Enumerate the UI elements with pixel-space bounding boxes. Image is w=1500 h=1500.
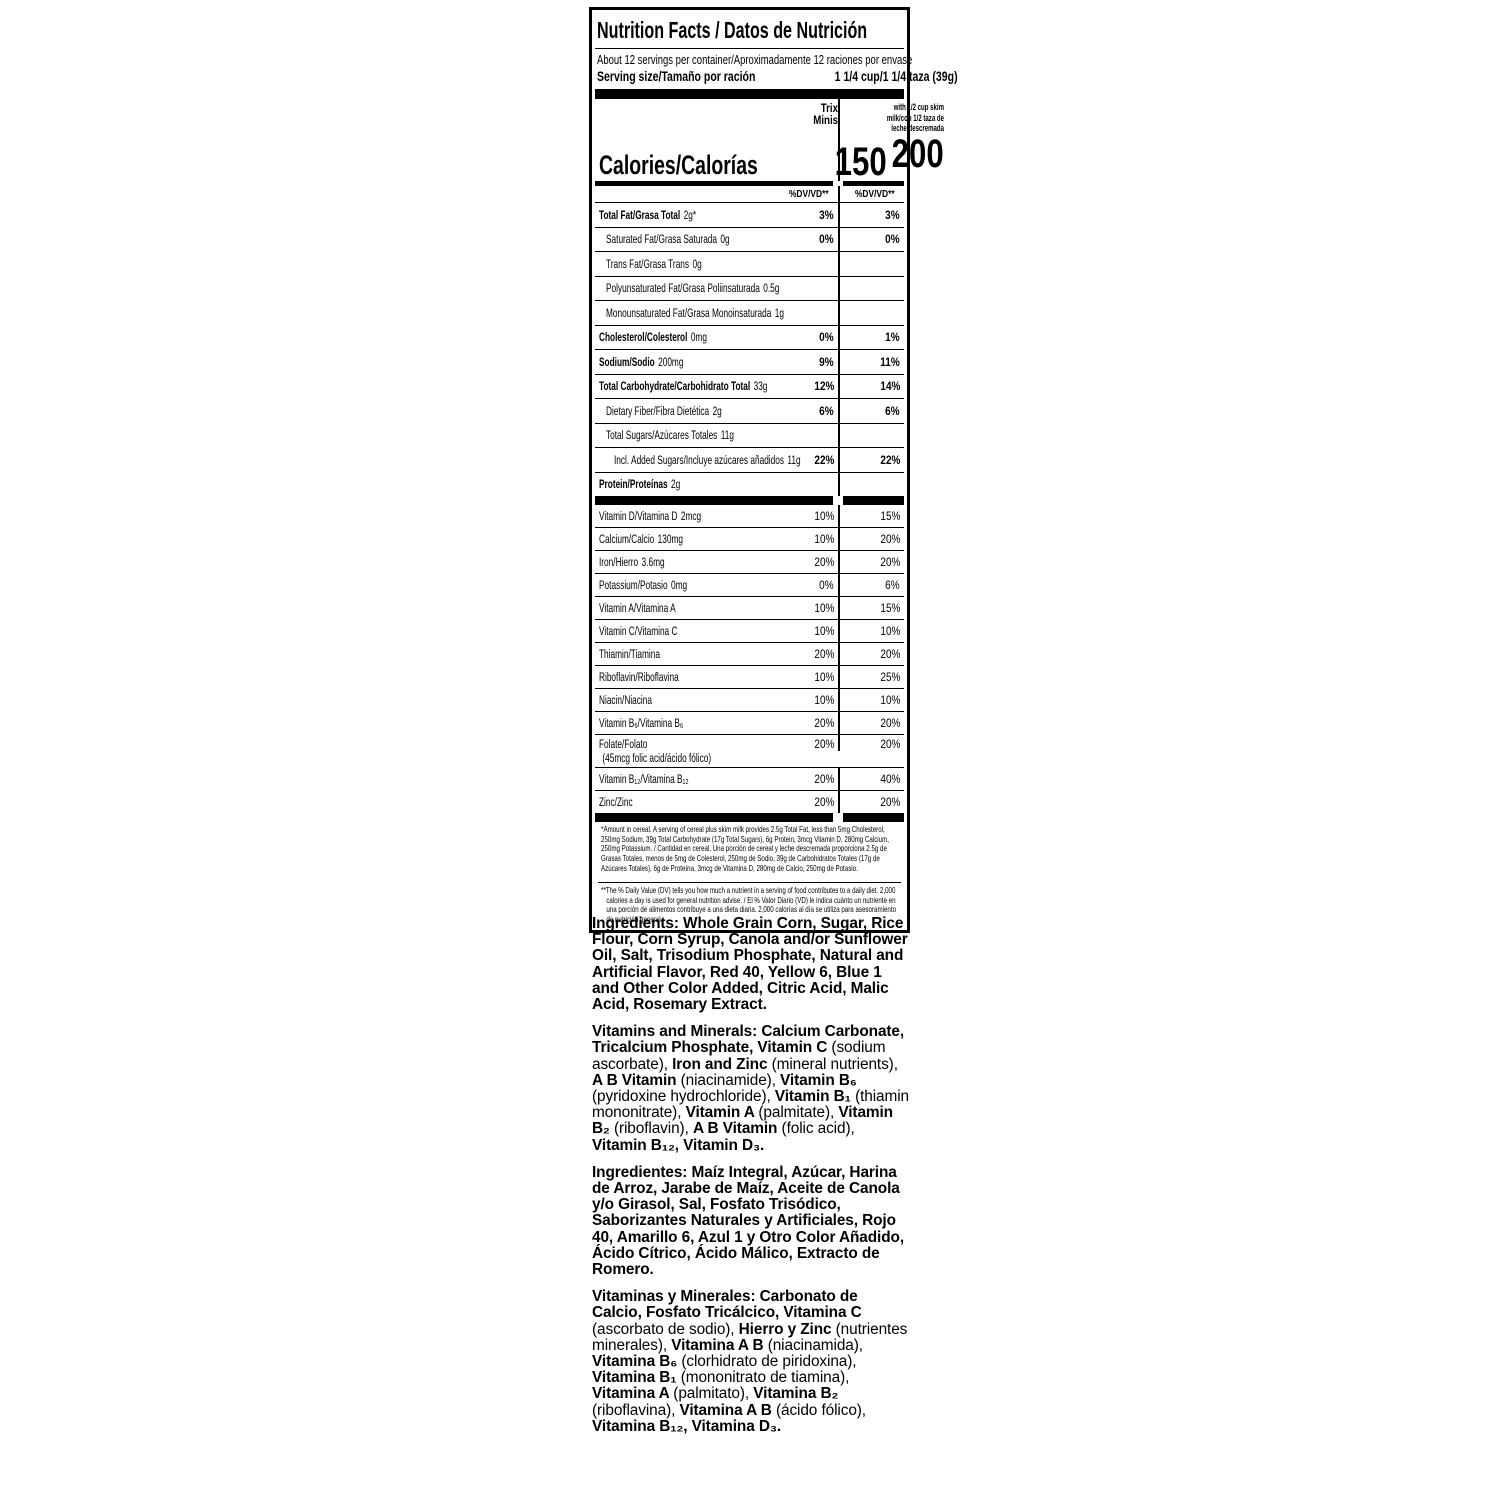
row-label: Trans Fat/Grasa Trans <box>606 257 689 271</box>
vitamin-row: Thiamin/Tiamina20%20% <box>595 642 904 665</box>
row-amount: 1g <box>775 306 784 320</box>
row-label: Potassium/Potasio <box>599 578 668 592</box>
row-amount: 11g <box>787 453 800 467</box>
milk-percent: 25% <box>880 670 900 684</box>
dv-header-cereal: %DV/VD** <box>789 188 829 200</box>
milk-percent: 22% <box>880 453 900 467</box>
row-label: Vitamin B₆/Vitamina B₆ <box>599 716 683 730</box>
serving-size-row: Serving size/Tamaño por ración 1 1/4 cup… <box>595 67 904 89</box>
page: Nutrition Facts / Datos de Nutrición Abo… <box>0 0 1500 1500</box>
paragraph-regular-segment: (mineral nutrients), <box>772 1056 898 1073</box>
milk-percent: 20% <box>880 647 900 661</box>
row-label: Niacin/Niacina <box>599 693 652 707</box>
row-amount: 0mg <box>691 330 707 344</box>
paragraph-bold-segment: Hierro y Zinc <box>739 1321 836 1338</box>
paragraph-bold-segment: Vitamina A B <box>671 1337 767 1354</box>
row-label: Saturated Fat/Grasa Saturada <box>606 232 717 246</box>
divider-bar-thick <box>595 89 904 99</box>
paragraph-bold-segment: Vitamina A B <box>679 1402 775 1419</box>
row-amount: 0mg <box>671 578 687 592</box>
ingredients-en: Ingredients: Whole Grain Corn, Sugar, Ri… <box>592 916 911 1013</box>
cereal-percent: 10% <box>814 693 834 707</box>
row-label: Riboflavin/Riboflavina <box>599 670 679 684</box>
row-label: Vitamin B₁₂/Vitamina B₁₂ <box>599 772 689 786</box>
paragraph-bold-segment: Iron and Zinc <box>672 1056 772 1073</box>
nutrient-row: Saturated Fat/Grasa Saturada0g0%0% <box>595 227 904 252</box>
cereal-percent: 10% <box>814 624 834 638</box>
milk-percent: 20% <box>880 532 900 546</box>
nutrient-row: Incl. Added Sugars/Incluye azúcares añad… <box>595 447 904 472</box>
cereal-percent: 20% <box>814 716 834 730</box>
nutrient-row: Polyunsaturated Fat/Grasa Poliinsaturada… <box>595 276 904 301</box>
paragraph-bold-segment: A B Vitamin <box>693 1120 782 1137</box>
nutrition-facts-label: Nutrition Facts / Datos de Nutrición Abo… <box>589 7 910 933</box>
dv-header-milk: %DV/VD** <box>855 188 895 200</box>
cereal-percent: 3% <box>820 208 834 222</box>
vitamin-row: Potassium/Potasio0mg0%6% <box>595 573 904 596</box>
row-amount: 2g <box>713 404 722 418</box>
row-label: Dietary Fiber/Fibra Dietética <box>606 404 709 418</box>
row-amount: 0g <box>692 257 701 271</box>
ingredientes-es: Ingredientes: Maíz Integral, Azúcar, Har… <box>592 1165 911 1278</box>
milk-percent: 14% <box>880 379 900 393</box>
calories-label: Calories/Calorías <box>599 150 758 181</box>
row-amount: 0g <box>720 232 729 246</box>
row-amount: 3.6mg <box>642 555 665 569</box>
paragraph-bold-segment: Ingredients: Whole Grain Corn, Sugar, Ri… <box>592 915 908 1013</box>
row-label: Sodium/Sodio <box>599 355 655 369</box>
row-label: Polyunsaturated Fat/Grasa Poliinsaturada <box>606 281 760 295</box>
row-label: Thiamin/Tiamina <box>599 647 660 661</box>
cereal-percent: 6% <box>820 404 834 418</box>
cereal-percent: 20% <box>814 795 834 809</box>
vitamin-row: Vitamin D/Vitamina D2mcg10%15% <box>595 505 904 527</box>
paragraph-regular-segment: (ascorbato de sodio), <box>592 1321 739 1338</box>
vitamin-row: Riboflavin/Riboflavina10%25% <box>595 665 904 688</box>
cereal-percent: 10% <box>814 532 834 546</box>
vitamin-row: Iron/Hierro3.6mg20%20% <box>595 550 904 573</box>
paragraph-regular-segment: (folic acid), <box>782 1120 855 1137</box>
vitamins-minerals-en: Vitamins and Minerals: Calcium Carbonate… <box>592 1024 911 1154</box>
row-amount: 33g <box>754 379 768 393</box>
cereal-percent: 10% <box>814 509 834 523</box>
milk-percent: 20% <box>880 795 900 809</box>
row-label: Vitamin A/Vitamina A <box>599 601 676 615</box>
nutrient-row: Trans Fat/Grasa Trans0g <box>595 251 904 276</box>
cereal-percent: 0% <box>820 578 834 592</box>
nutrient-row: Monounsaturated Fat/Grasa Monoinsaturada… <box>595 300 904 325</box>
cereal-percent: 12% <box>814 379 834 393</box>
cereal-percent: 20% <box>814 772 834 786</box>
row-label: Cholesterol/Colesterol <box>599 330 687 344</box>
row-label: Calcium/Calcio <box>599 532 654 546</box>
milk-percent: 20% <box>880 737 900 751</box>
milk-percent: 20% <box>880 555 900 569</box>
milk-percent: 6% <box>886 578 900 592</box>
paragraph-regular-segment: (clorhidrato de piridoxina), <box>681 1353 856 1370</box>
nutrient-rows: Total Fat/Grasa Total2g*3%3%Saturated Fa… <box>595 202 904 496</box>
calories-section: Trix Minis Calories/Calorías 150 with 1/… <box>595 99 904 181</box>
nutrient-row: Cholesterol/Colesterol0mg0%1% <box>595 325 904 350</box>
label-title: Nutrition Facts / Datos de Nutrición <box>595 10 904 49</box>
cereal-percent: 22% <box>814 453 834 467</box>
paragraph-bold-segment: Vitaminas y Minerales: Carbonato de Calc… <box>592 1288 862 1321</box>
row-sublabel: (45mcg folic acid/ácido fólico) <box>602 751 711 765</box>
serving-size-value: 1 1/4 cup/1 1/4 taza (39g) <box>835 69 958 84</box>
paragraph-bold-segment: Vitamina A <box>592 1385 673 1402</box>
row-label: Total Fat/Grasa Total <box>599 208 680 222</box>
row-label: Vitamin C/Vitamina C <box>599 624 677 638</box>
nutrient-row: Total Carbohydrate/Carbohidrato Total33g… <box>595 374 904 399</box>
cereal-percent: 10% <box>814 601 834 615</box>
milk-percent: 10% <box>880 624 900 638</box>
cereal-percent: 20% <box>814 737 834 751</box>
paragraph-regular-segment: (mononitrato de tiamina), <box>681 1369 850 1386</box>
row-amount: 2g <box>671 477 680 491</box>
paragraph-bold-segment: Ingredientes: Maíz Integral, Azúcar, Har… <box>592 1164 904 1278</box>
milk-percent: 15% <box>880 509 900 523</box>
nutrient-row: Protein/Proteínas2g <box>595 472 904 497</box>
nutrient-row: Total Sugars/Azúcares Totales11g <box>595 423 904 448</box>
milk-percent: 10% <box>880 693 900 707</box>
row-label: Iron/Hierro <box>599 555 638 569</box>
cereal-percent: 0% <box>820 232 834 246</box>
calories-milk-value: 200 <box>892 135 944 173</box>
paragraph-bold-segment: Vitamina B₁ <box>592 1369 681 1386</box>
row-amount: 200mg <box>658 355 683 369</box>
row-label: Protein/Proteínas <box>599 477 668 491</box>
paragraph-regular-segment: (pyridoxine hydrochloride), <box>592 1088 775 1105</box>
vitamin-row: Vitamin B₆/Vitamina B₆20%20% <box>595 711 904 734</box>
cereal-column-header: Trix Minis <box>808 103 838 143</box>
vitamin-row: Niacin/Niacina10%10% <box>595 688 904 711</box>
paragraph-bold-segment: Vitamin B₁₂, Vitamin D₃. <box>592 1137 764 1154</box>
daily-value-header-row: %DV/VD** %DV/VD** <box>595 186 904 202</box>
divider-bar-thick2 <box>595 496 904 505</box>
footnote-cereal-wrap: *Amount in cereal. A serving of cereal p… <box>595 822 904 882</box>
vitamin-rows: Vitamin D/Vitamina D2mcg10%15%Calcium/Ca… <box>595 505 904 813</box>
cereal-percent: 0% <box>820 330 834 344</box>
milk-column-header: with 1/2 cup skim milk/con 1/2 taza de l… <box>877 103 944 135</box>
calories-cereal-value: 150 <box>834 143 886 181</box>
cereal-percent: 10% <box>814 670 834 684</box>
paragraph-bold-segment: Vitamin B₆ <box>780 1072 857 1089</box>
servings-per-container: About 12 servings per container/Aproxima… <box>595 49 904 67</box>
milk-percent: 15% <box>880 601 900 615</box>
row-label: Total Sugars/Azúcares Totales <box>606 428 717 442</box>
paragraph-regular-segment: (palmitate), <box>758 1104 838 1121</box>
vitamin-row: Folate/Folato(45mcg folic acid/ácido fól… <box>595 734 904 767</box>
nutrient-row: Sodium/Sodio200mg9%11% <box>595 349 904 374</box>
vitamin-row: Vitamin B₁₂/Vitamina B₁₂20%40% <box>595 767 904 790</box>
milk-percent: 40% <box>880 772 900 786</box>
cereal-percent: 9% <box>820 355 834 369</box>
cereal-percent: 20% <box>814 555 834 569</box>
nutrient-row: Total Fat/Grasa Total2g*3%3% <box>595 202 904 227</box>
vitamin-row: Vitamin C/Vitamina C10%10% <box>595 619 904 642</box>
paragraph-bold-segment: Vitamina B₆ <box>592 1353 681 1370</box>
nutrient-row: Dietary Fiber/Fibra Dietética2g6%6% <box>595 398 904 423</box>
vitaminas-minerales-es: Vitaminas y Minerales: Carbonato de Calc… <box>592 1289 911 1435</box>
paragraph-bold-segment: Vitamina B₁₂, Vitamina D₃. <box>592 1418 781 1435</box>
row-label: Vitamin D/Vitamina D <box>599 509 677 523</box>
paragraph-bold-segment: Vitamin A <box>686 1104 759 1121</box>
divider-bar-thick3 <box>595 813 904 822</box>
milk-percent: 20% <box>880 716 900 730</box>
ingredients-section: Ingredients: Whole Grain Corn, Sugar, Ri… <box>592 916 911 1446</box>
row-amount: 2g* <box>684 208 696 222</box>
row-amount: 11g <box>721 428 734 442</box>
paragraph-bold-segment: A B Vitamin <box>592 1072 681 1089</box>
cereal-percent: 20% <box>814 647 834 661</box>
footnote-cereal: *Amount in cereal. A serving of cereal p… <box>595 822 897 877</box>
row-label: Incl. Added Sugars/Incluye azúcares añad… <box>614 453 784 467</box>
paragraph-bold-segment: Vitamina B₂ <box>753 1385 838 1402</box>
paragraph-regular-segment: (riboflavin), <box>614 1120 693 1137</box>
milk-percent: 1% <box>886 330 900 344</box>
milk-percent: 11% <box>881 355 900 369</box>
milk-percent: 0% <box>886 232 900 246</box>
paragraph-regular-segment: (riboflavina), <box>592 1402 679 1419</box>
milk-percent: 3% <box>886 208 900 222</box>
serving-size-label: Serving size/Tamaño por ración <box>597 69 755 84</box>
row-label: Monounsaturated Fat/Grasa Monoinsaturada <box>606 306 771 320</box>
vitamin-row: Vitamin A/Vitamina A10%15% <box>595 596 904 619</box>
milk-percent: 6% <box>886 404 900 418</box>
row-label: Total Carbohydrate/Carbohidrato Total <box>599 379 750 393</box>
paragraph-regular-segment: (niacinamida), <box>768 1337 863 1354</box>
paragraph-bold-segment: Vitamin B₁ <box>775 1088 855 1105</box>
row-amount: 130mg <box>658 532 683 546</box>
vitamin-row: Calcium/Calcio130mg10%20% <box>595 527 904 550</box>
row-label: Folate/Folato <box>599 737 647 751</box>
row-amount: 0.5g <box>763 281 779 295</box>
paragraph-regular-segment: (palmitato), <box>673 1385 753 1402</box>
paragraph-regular-segment: (ácido fólico), <box>776 1402 866 1419</box>
vitamin-row: Zinc/Zinc20%20% <box>595 790 904 813</box>
row-amount: 2mcg <box>681 509 701 523</box>
row-label: Zinc/Zinc <box>599 795 633 809</box>
paragraph-regular-segment: (niacinamide), <box>681 1072 780 1089</box>
